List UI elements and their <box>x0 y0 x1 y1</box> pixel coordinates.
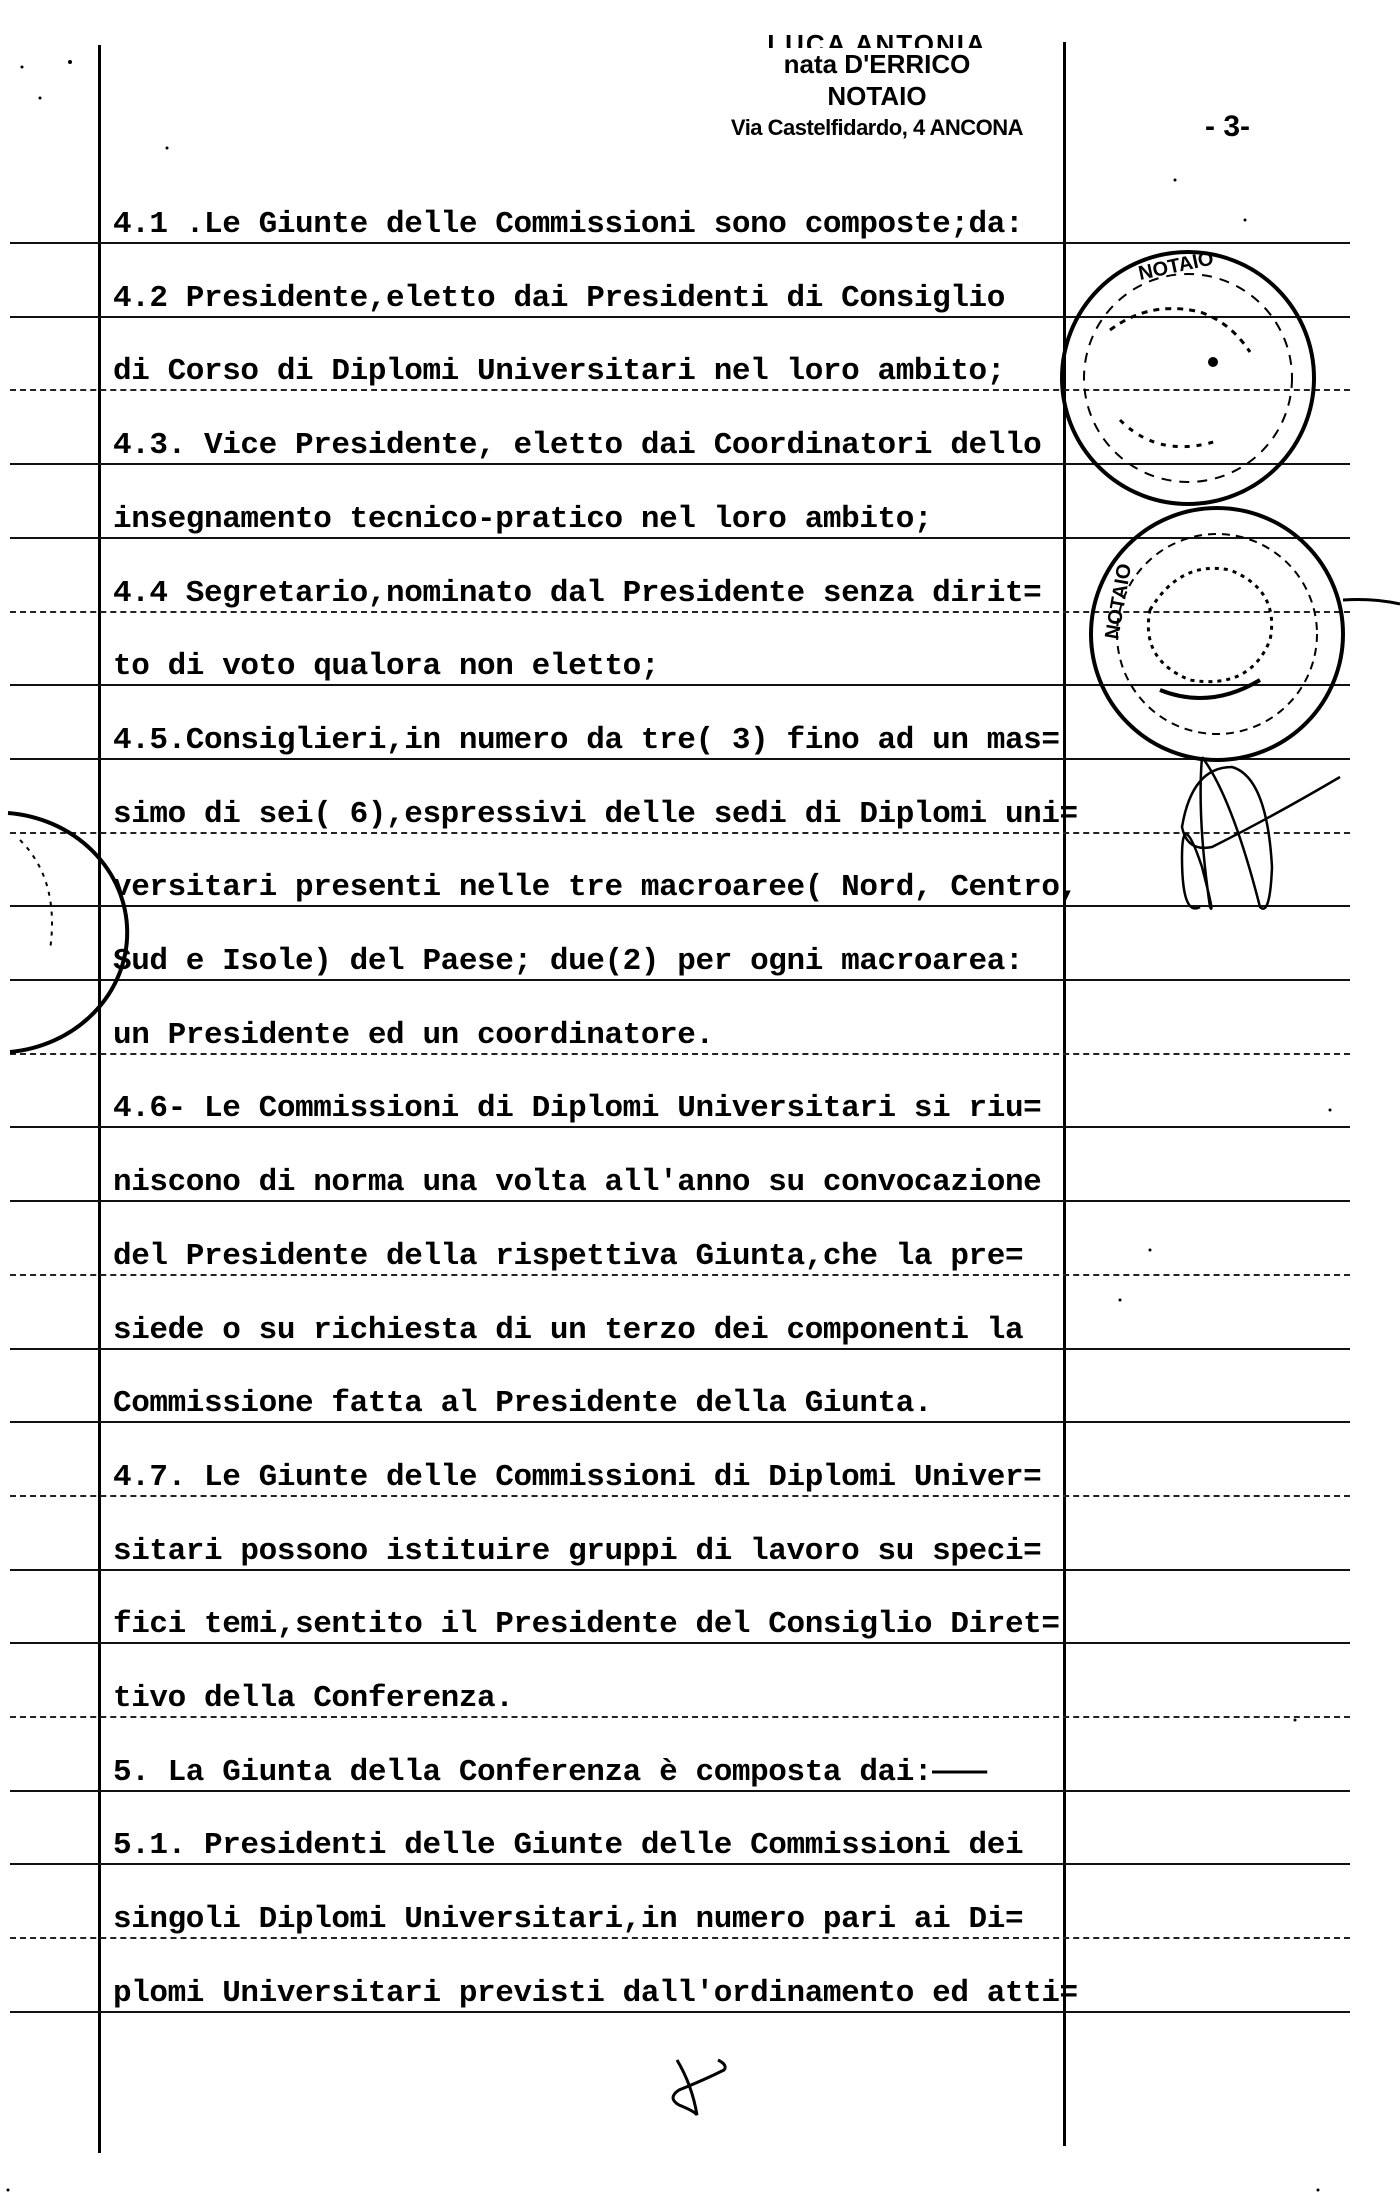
ruled-line <box>10 2011 1350 2013</box>
text-line: fici temi,sentito il Presidente del Cons… <box>113 1608 1060 1642</box>
text-line: 4.7. Le Giunte delle Commissioni di Dipl… <box>113 1461 1041 1495</box>
text-line: Commissione fatta al Presidente della Gi… <box>113 1387 932 1421</box>
text-line: simo di sei( 6),espressivi delle sedi di… <box>113 798 1078 832</box>
ruled-line <box>10 242 1350 244</box>
text-line: 4.1 .Le Giunte delle Commissioni sono co… <box>113 208 1023 242</box>
ruled-line <box>10 684 1350 686</box>
text-line: niscono di norma una volta all'anno su c… <box>113 1166 1041 1200</box>
notary-address: Via Castelfidardo, 4 ANCONA <box>712 112 1042 144</box>
text-line: sitari possono istituire gruppi di lavor… <box>113 1535 1041 1569</box>
ruled-line <box>10 1200 1350 1202</box>
ruled-line <box>10 1421 1350 1423</box>
page-number: - 3- <box>1205 110 1250 144</box>
text-line: tivo della Conferenza. <box>113 1682 513 1716</box>
ruled-line <box>10 463 1350 465</box>
text-line: 4.2 Presidente,eletto dai Presidenti di … <box>113 282 1005 316</box>
text-line: singoli Diplomi Universitari,in numero p… <box>113 1903 1023 1937</box>
notary-name: LUCA ANTONIA <box>712 30 1042 48</box>
ruled-line <box>10 316 1350 318</box>
notary-title: NOTAIO <box>712 80 1042 112</box>
ruled-line <box>10 1569 1350 1571</box>
ruled-line <box>10 905 1350 907</box>
scanned-document-page: LUCA ANTONIA nata D'ERRICO NOTAIO Via Ca… <box>0 0 1400 2211</box>
ruled-line <box>10 1790 1350 1792</box>
left-partial-seal-icon <box>8 813 127 1052</box>
lower-seal-icon: NOTAIO <box>1091 508 1400 760</box>
text-line: insegnamento tecnico-pratico nel loro am… <box>113 503 932 537</box>
text-line: un Presidente ed un coordinatore. <box>113 1019 714 1053</box>
ruled-line <box>10 832 1350 834</box>
text-line: 4.6- Le Commissioni di Diplomi Universit… <box>113 1092 1041 1126</box>
text-line: 4.5.Consiglieri,in numero da tre( 3) fin… <box>113 724 1060 758</box>
right-margin-rule <box>1063 42 1066 2146</box>
handwritten-initial-icon <box>673 2060 725 2115</box>
text-line: versitari presenti nelle tre macroaree( … <box>113 871 1078 905</box>
text-line: 5. La Giunta della Conferenza è composta… <box>113 1756 987 1790</box>
ruled-line <box>10 611 1350 613</box>
ruled-line <box>10 1053 1350 1055</box>
ruled-line <box>10 979 1350 981</box>
ruled-line <box>10 1937 1350 1939</box>
text-line: siede o su richiesta di un terzo dei com… <box>113 1314 1023 1348</box>
notary-birth-name: nata D'ERRICO <box>712 48 1042 80</box>
text-line: di Corso di Diplomi Universitari nel lor… <box>113 355 1005 389</box>
text-line: 4.3. Vice Presidente, eletto dai Coordin… <box>113 429 1041 463</box>
notary-stamp: LUCA ANTONIA nata D'ERRICO NOTAIO Via Ca… <box>712 36 1042 144</box>
ruled-line <box>10 537 1350 539</box>
ruled-line <box>10 1495 1350 1497</box>
ruled-line <box>10 1716 1350 1718</box>
upper-seal-icon: NOTAIO <box>1062 248 1314 504</box>
ruled-line <box>10 1863 1350 1865</box>
svg-text:NOTAIO: NOTAIO <box>1101 562 1136 641</box>
ruled-line <box>10 1126 1350 1128</box>
text-line: 4.4 Segretario,nominato dal Presidente s… <box>113 577 1041 611</box>
text-line: 5.1. Presidenti delle Giunte delle Commi… <box>113 1829 1023 1863</box>
ruled-line <box>10 1642 1350 1644</box>
ruled-line <box>10 1348 1350 1350</box>
svg-text:NOTAIO: NOTAIO <box>1136 248 1215 285</box>
left-margin-rule <box>98 45 101 2153</box>
ruled-line <box>10 1274 1350 1276</box>
text-line: to di voto qualora non eletto; <box>113 650 659 684</box>
text-line: Sud e Isole) del Paese; due(2) per ogni … <box>113 945 1023 979</box>
ruled-line <box>10 758 1350 760</box>
text-line: del Presidente della rispettiva Giunta,c… <box>113 1240 1023 1274</box>
ruled-line <box>10 389 1350 391</box>
text-line: plomi Universitari previsti dall'ordinam… <box>113 1977 1078 2011</box>
